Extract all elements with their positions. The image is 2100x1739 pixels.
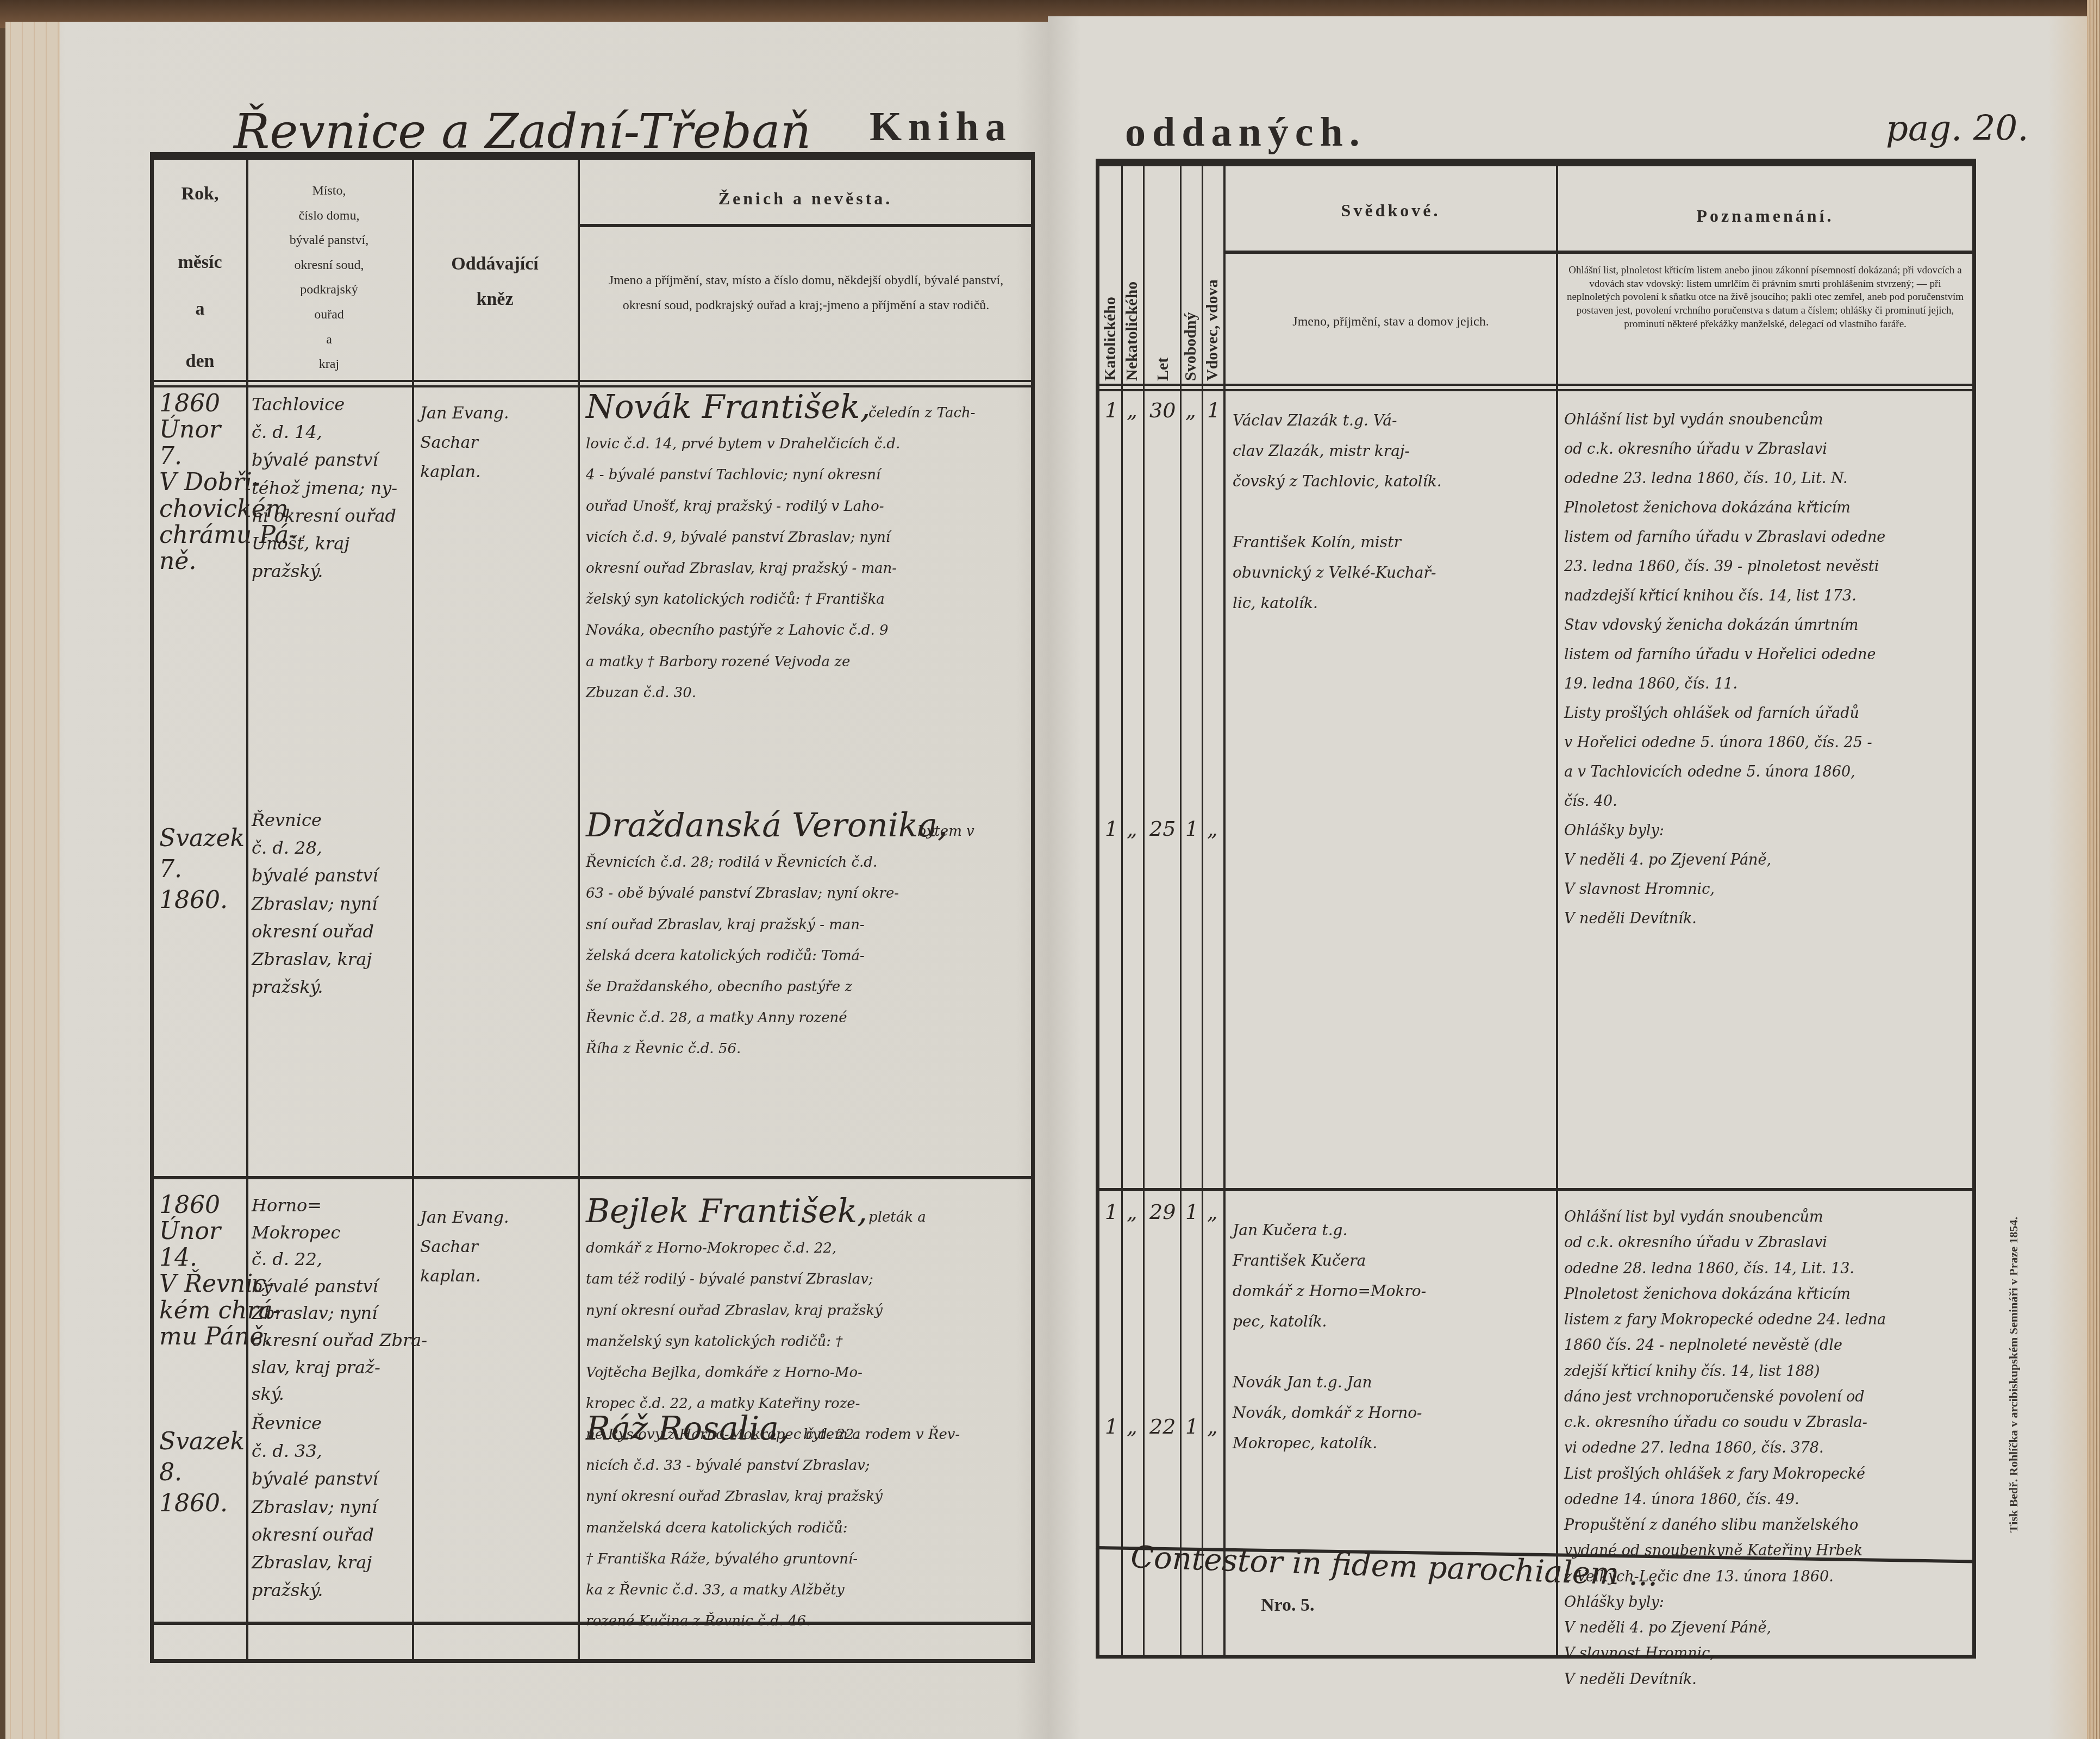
misto-line: podkrajský: [246, 278, 412, 303]
misto-line: Místo,: [246, 179, 412, 204]
misto-line: okresní soud,: [246, 253, 412, 278]
col-divider: [578, 160, 580, 1659]
bride-age: 25: [1149, 818, 1176, 839]
header-bottom-rule: [154, 380, 1031, 382]
groom-single: 1: [1185, 1202, 1198, 1222]
mesic-label: měsíc: [154, 250, 246, 275]
groom-widowed: 1: [1207, 400, 1220, 421]
col-header-zenich: Ženich a nevěsta.: [580, 187, 1031, 210]
col-header-svedkove: Svědkové.: [1226, 199, 1556, 222]
col-divider: [412, 160, 414, 1659]
misto-line: číslo domu,: [246, 204, 412, 229]
groom-place: Tachlovice č. d. 14, bývalé panství tého…: [252, 391, 397, 585]
col-header-zenich-sub: Jmeno a příjmění, stav, místo a číslo do…: [589, 268, 1023, 318]
misto-line: kraj: [246, 352, 412, 377]
remarks: Ohlášní list byl vydán snoubencům od c.k…: [1564, 405, 1885, 934]
entry-svazek: Svazek 8. 1860.: [159, 1426, 245, 1519]
groom-catholic: 1: [1105, 1202, 1118, 1222]
bride-widowed: „: [1207, 1416, 1218, 1437]
col-header-poznamenani-sub: Ohlášní list, plnoletost křticím listem …: [1564, 264, 1967, 331]
right-register-table: Katolického Nekatolického Let Svobodný V…: [1096, 159, 1976, 1659]
form-number: Nro. 5.: [1261, 1595, 1315, 1616]
witnesses: Jan Kučera t.g. František Kučera domkář …: [1233, 1215, 1426, 1459]
groom-single: „: [1185, 400, 1196, 421]
bride-place: Řevnice č. d. 28, bývalé panství Zbrasla…: [252, 806, 378, 1001]
groom-place: Horno= Mokropec č. d. 22, bývalé panství…: [252, 1192, 427, 1408]
book-title-right: oddaných.: [1125, 109, 1366, 156]
col-header-vdovec: Vdovec, vdova: [1203, 279, 1222, 381]
misto-line: a: [246, 328, 412, 353]
col-header-nekatolickeho: Nekatolického: [1123, 282, 1141, 381]
col-header-poznamenani: Poznamenání.: [1558, 204, 1972, 228]
col-header-svobodny: Svobodný: [1182, 312, 1200, 381]
groom-details: čeledín z Tach- lovic č.d. 14, prvé byte…: [586, 398, 976, 709]
header-bottom-rule: [1099, 384, 1972, 386]
col-header-svedkove-sub: Jmeno, příjmění, stav a domov jejich.: [1226, 313, 1556, 330]
entry-divider: [154, 1176, 1031, 1179]
col-header-let: Let: [1154, 358, 1172, 381]
groom-age: 29: [1149, 1202, 1176, 1222]
groom-widowed: „: [1207, 1202, 1218, 1222]
col-header-rok: Rok, měsíc a den: [154, 182, 246, 374]
bride-catholic: 1: [1105, 818, 1118, 839]
book-title-left: Kniha: [870, 103, 1012, 151]
right-page-stack: [2087, 0, 2100, 1739]
bride-widowed: „: [1207, 818, 1218, 839]
misto-line: ouřad: [246, 303, 412, 328]
a-label: a: [154, 297, 246, 322]
col-divider: [1556, 166, 1558, 1655]
col-divider: [1180, 166, 1182, 1655]
misto-line: bývalé panství,: [246, 228, 412, 253]
groom-noncatholic: „: [1127, 1202, 1137, 1222]
officiating-priest: Jan Evang. Sachar kaplan.: [420, 399, 509, 487]
bride-noncatholic: „: [1127, 1416, 1137, 1437]
bride-details: bytem a rodem v Řev- nicích č.d. 33 - bý…: [586, 1419, 960, 1637]
col-divider: [1202, 166, 1203, 1655]
officiating-priest: Jan Evang. Sachar kaplan.: [420, 1203, 509, 1291]
parish-name: Řevnice a Zadní-Třebaň: [234, 103, 811, 159]
header-divider: [580, 224, 1031, 227]
col-header-misto: Místo, číslo domu, bývalé panství, okres…: [246, 179, 412, 377]
entry-svazek: Svazek 7. 1860.: [159, 823, 245, 916]
col-divider: [1223, 166, 1226, 1655]
bride-noncatholic: „: [1127, 818, 1137, 839]
col-divider: [246, 160, 248, 1659]
bride-single: 1: [1185, 1416, 1198, 1437]
printer-imprint: Tisk Bedř. Rohlíčka v arcibiskupském Sem…: [2007, 1217, 2021, 1532]
groom-age: 30: [1149, 400, 1176, 421]
bride-age: 22: [1149, 1416, 1176, 1437]
left-register-table: Rok, měsíc a den Místo, číslo domu, býva…: [150, 152, 1035, 1663]
witnesses: Václav Zlazák t.g. Vá- clav Zlazák, mist…: [1233, 405, 1442, 618]
knez-line: kněz: [412, 282, 578, 317]
col-header-knez: Oddávající kněz: [412, 247, 578, 317]
bride-single: 1: [1185, 818, 1198, 839]
bride-place: Řevnice č. d. 33, bývalé panství Zbrasla…: [252, 1410, 378, 1604]
page-number: pag. 20.: [1886, 109, 2029, 149]
col-header-katolickeho: Katolického: [1101, 297, 1120, 381]
groom-noncatholic: „: [1127, 400, 1137, 421]
col-divider: [1121, 166, 1123, 1655]
entry-divider: [1099, 1188, 1972, 1191]
remarks: Ohlášní list byl vydán snoubencům od c.k…: [1564, 1204, 1886, 1692]
bride-details: bytem v Řevnicích č.d. 28; rodilá v Řevn…: [586, 816, 974, 1065]
left-page-stack: [5, 22, 60, 1739]
col-divider: [1143, 166, 1145, 1655]
groom-catholic: 1: [1105, 400, 1118, 421]
knez-line: Oddávající: [412, 247, 578, 282]
den-label: den: [154, 349, 246, 374]
rok-label: Rok,: [154, 182, 246, 207]
header-divider: [1226, 251, 1972, 254]
bride-catholic: 1: [1105, 1416, 1118, 1437]
